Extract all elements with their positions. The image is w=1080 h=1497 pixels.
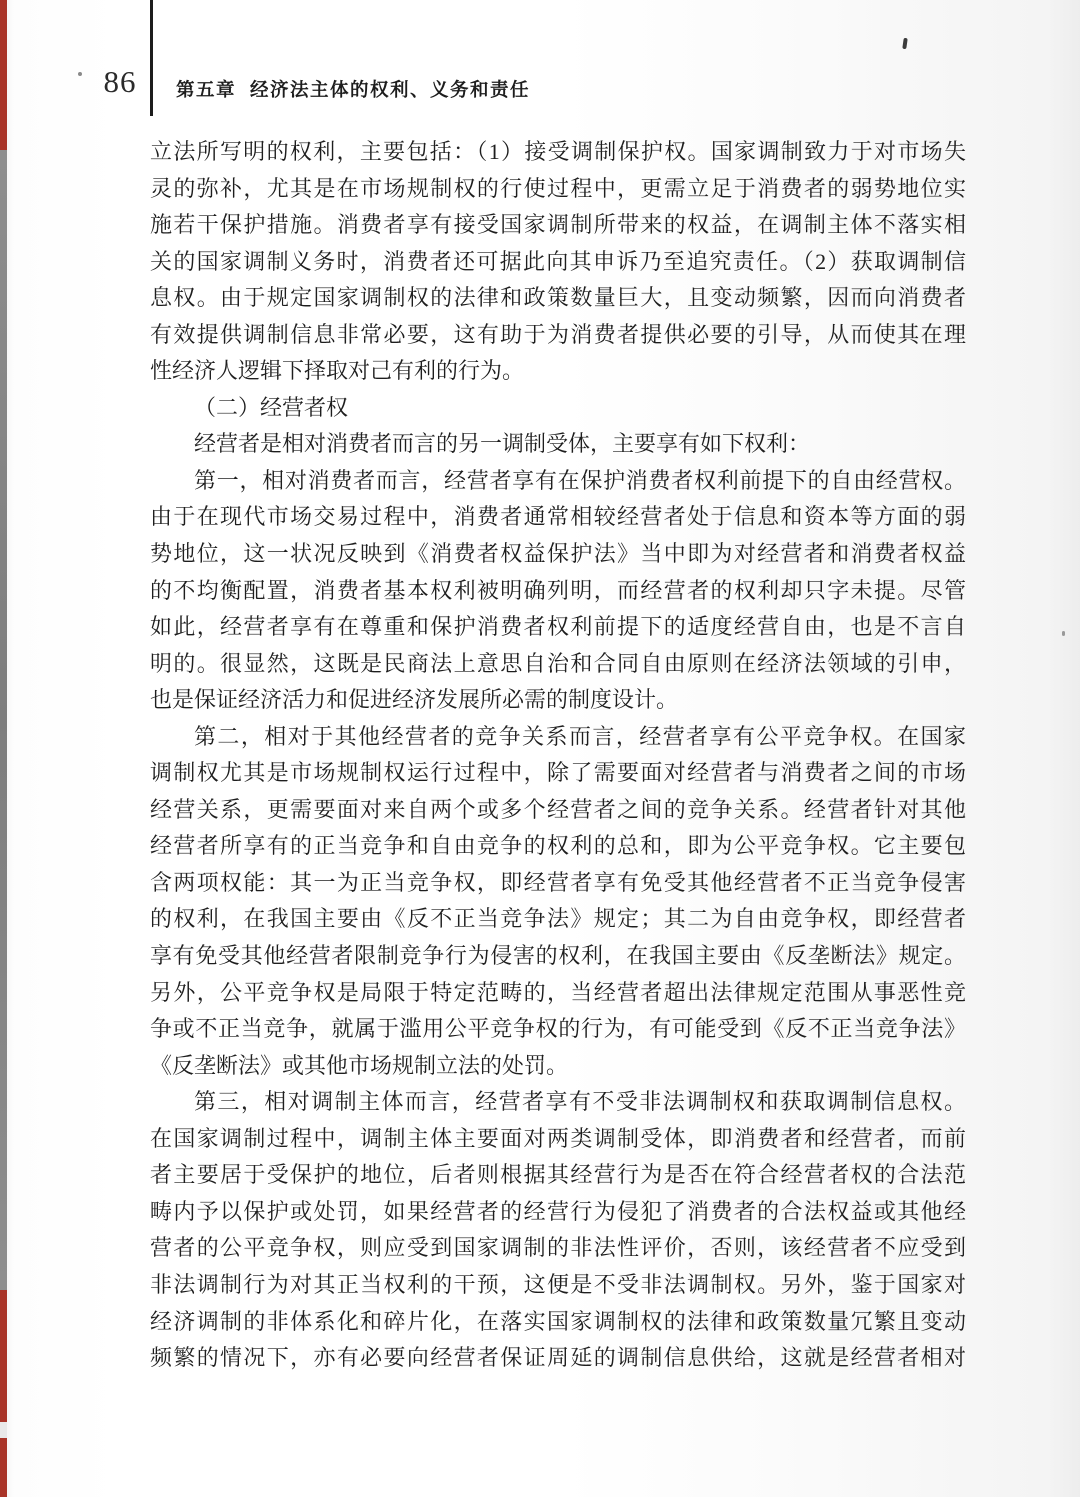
text-line: 《反垄断法》或其他市场规制立法的处罚。 (150, 1048, 966, 1085)
text-line: 第三，相对调制主体而言，经营者享有不受非法调制权和获取调制信息权。 (150, 1084, 966, 1121)
text-line: 频繁的情况下，亦有必要向经营者保证周延的调制信息供给，这就是经营者相对 (150, 1340, 966, 1377)
edge-red-mark-top (0, 0, 7, 150)
text-line: 明的。很显然，这既是民商法上意思自治和合同自由原则在经济法领域的引申， (150, 646, 966, 683)
scan-speck (902, 38, 907, 49)
chapter-label: 第五章 (176, 76, 236, 102)
text-line: 息权。由于规定国家调制权的法律和政策数量巨大，且变动频繁，因而向消费者 (150, 280, 966, 317)
text-line: 非法调制行为对其正当权利的干预，这便是不受非法调制权。另外，鉴于国家对 (150, 1267, 966, 1304)
text-line: 如此，经营者享有在尊重和保护消费者权利前提下的适度经营自由，也是不言自 (150, 609, 966, 646)
text-line: 关的国家调制义务时，消费者还可据此向其申诉乃至追究责任。（2）获取调制信 (150, 244, 966, 281)
text-line: 第一，相对消费者而言，经营者享有在保护消费者权利前提下的自由经营权。 (150, 463, 966, 500)
text-line: 经营关系，更需要面对来自两个或多个经营者之间的竞争关系。经营者针对其他 (150, 792, 966, 829)
text-line: 第二，相对于其他经营者的竞争关系而言，经营者享有公平竞争权。在国家 (150, 719, 966, 756)
text-line: 享有免受其他经营者限制竞争行为侵害的权利，在我国主要由《反垄断法》规定。 (150, 938, 966, 975)
edge-gray-strip (0, 150, 7, 1290)
chapter-heading: 第五章 经济法主体的权利、义务和责任 (176, 76, 530, 102)
header-divider-rule (150, 0, 153, 116)
heading-gap (236, 76, 250, 102)
scan-speck (78, 72, 82, 76)
body-text: 立法所写明的权利，主要包括：（1）接受调制保护权。国家调制致力于对市场失灵的弥补… (150, 134, 966, 1377)
edge-gap (0, 1422, 7, 1438)
text-line: 另外，公平竞争权是局限于特定范畴的，当经营者超出法律规定范围从事恶性竞 (150, 975, 966, 1012)
text-line: 的不均衡配置，消费者基本权利被明确列明，而经营者的权利却只字未提。尽管 (150, 573, 966, 610)
text-line: （二）经营者权 (150, 390, 966, 427)
scan-speck (1062, 631, 1065, 636)
text-line: 由于在现代市场交易过程中，消费者通常相较经营者处于信息和资本等方面的弱 (150, 499, 966, 536)
text-line: 的权利，在我国主要由《反不正当竞争法》规定；其二为自由竞争权，即经营者 (150, 901, 966, 938)
scanned-book-page: 86 第五章 经济法主体的权利、义务和责任 立法所写明的权利，主要包括：（1）接… (0, 0, 1080, 1497)
text-line: 立法所写明的权利，主要包括：（1）接受调制保护权。国家调制致力于对市场失 (150, 134, 966, 171)
text-line: 营者的公平竞争权，则应受到国家调制的非法性评价，否则，该经营者不应受到 (150, 1230, 966, 1267)
text-line: 经营者所享有的正当竞争和自由竞争的权利的总和，即为公平竞争权。它主要包 (150, 828, 966, 865)
page-left-edge (0, 0, 7, 1497)
text-line: 经济调制的非体系化和碎片化，在落实国家调制权的法律和政策数量冗繁且变动 (150, 1304, 966, 1341)
edge-red-mark-bottom-1 (0, 1290, 7, 1422)
text-line: 者主要居于受保护的地位，后者则根据其经营行为是否在符合经营者权的合法范 (150, 1157, 966, 1194)
text-line: 施若干保护措施。消费者享有接受国家调制所带来的权益，在调制主体不落实相 (150, 207, 966, 244)
edge-red-mark-bottom-2 (0, 1438, 7, 1497)
text-line: 争或不正当竞争，就属于滥用公平竞争权的行为，有可能受到《反不正当竞争法》 (150, 1011, 966, 1048)
text-line: 势地位，这一状况反映到《消费者权益保护法》当中即为对经营者和消费者权益 (150, 536, 966, 573)
text-line: 灵的弥补，尤其是在市场规制权的行使过程中，更需立足于消费者的弱势地位实 (150, 171, 966, 208)
text-line: 经营者是相对消费者而言的另一调制受体，主要享有如下权利： (150, 426, 966, 463)
chapter-title: 经济法主体的权利、义务和责任 (250, 76, 530, 102)
text-line: 也是保证经济活力和促进经济发展所必需的制度设计。 (150, 682, 966, 719)
text-line: 在国家调制过程中，调制主体主要面对两类调制受体，即消费者和经营者，而前 (150, 1121, 966, 1158)
page-number: 86 (96, 64, 144, 100)
text-line: 畴内予以保护或处罚，如果经营者的经营行为侵犯了消费者的合法权益或其他经 (150, 1194, 966, 1231)
text-line: 性经济人逻辑下择取对己有利的行为。 (150, 353, 966, 390)
text-line: 有效提供调制信息非常必要，这有助于为消费者提供必要的引导，从而使其在理 (150, 317, 966, 354)
text-line: 含两项权能：其一为正当竞争权，即经营者享有免受其他经营者不正当竞争侵害 (150, 865, 966, 902)
text-line: 调制权尤其是市场规制权运行过程中，除了需要面对经营者与消费者之间的市场 (150, 755, 966, 792)
